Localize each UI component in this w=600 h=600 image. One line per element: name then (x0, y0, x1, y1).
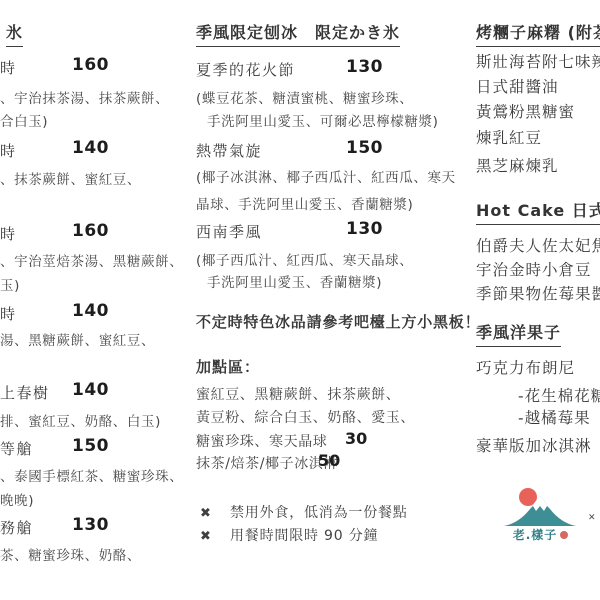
item-name: 熱帶氣旋 (196, 142, 262, 160)
x-mark: ✕ (588, 513, 596, 523)
item-name: 西南季風 (196, 223, 262, 241)
rule-row: ✖ 禁用外食，低消為一份餐點 (200, 502, 408, 522)
addon-line: 抹茶/焙茶/椰子冰淇淋 50 (196, 453, 396, 473)
yogashi-item: -花生棉花糖 (518, 384, 600, 406)
rule-text: 用餐時間限時 90 分鐘 (230, 528, 378, 544)
menu-item-row: 夏季的花火節 130 (196, 59, 396, 80)
item-price: 150 (346, 138, 383, 158)
item-price: 130 (346, 57, 383, 77)
hotcake-item: 伯爵夫人佐太妃焦糖 (476, 234, 600, 256)
item-desc: 湯、黑糖蕨餅、蜜紅豆、 (0, 329, 155, 349)
brand-name: 老.樣子 (512, 527, 558, 542)
item-desc: 、宇治莖焙茶湯、黑糖蕨餅、 (0, 250, 183, 270)
item-desc: 、泰國手標紅茶、糖蜜珍珠、 (0, 465, 183, 485)
menu-item-row: 熱帶氣旋 150 (196, 140, 396, 161)
hotcake-header: Hot Cake 日式鬆餅 (476, 198, 600, 225)
addon-text: 糖蜜珍珠、寒天晶球 (196, 434, 327, 450)
cross-icon: ✖ (200, 506, 211, 521)
menu-item-row: 時 160 (0, 57, 180, 78)
item-name-fragment: 上春樹 (0, 384, 50, 402)
menu-item-row: 時 160 (0, 223, 180, 244)
item-desc: 排、蜜紅豆、奶酪、白玉) (0, 410, 161, 430)
dango-item: 黃鶯粉黑糖蜜 (476, 100, 575, 122)
item-desc: (椰子冰淇淋、椰子西瓜汁、紅西瓜、寒天 (196, 166, 456, 186)
monsoon-ice-header: 季風限定刨冰 限定かき氷 (196, 20, 400, 47)
item-desc: 、宇治抹茶湯、抹茶蕨餅、 (0, 87, 169, 107)
item-desc: 、抹茶蕨餅、蜜紅豆、 (0, 168, 141, 188)
item-name-fragment: 時 (0, 225, 17, 243)
yogashi-item: -越橘莓果 (518, 406, 591, 428)
menu-page: { "left_column": { "header": "氷", "items… (0, 0, 600, 600)
item-price: 160 (72, 55, 109, 75)
item-desc: 手洗阿里山愛玉、香蘭糖漿) (207, 271, 382, 291)
blackboard-note: 不定時特色冰品請參考吧檯上方小黑板！ (196, 311, 480, 332)
item-price: 160 (72, 221, 109, 241)
dango-item: 斯壯海苔附七味辣粉 (476, 50, 600, 72)
item-price: 140 (72, 138, 109, 158)
addon-line: 蜜紅豆、黑糖蕨餅、抹茶蕨餅、 (196, 384, 400, 404)
item-name: 夏季的花火節 (196, 61, 295, 79)
item-name-fragment: 務艙 (0, 519, 33, 537)
addon-line: 黃豆粉、綜合白玉、奶酪、愛玉、 (196, 407, 415, 427)
item-name-fragment: 時 (0, 305, 17, 323)
item-desc: 晚晚) (0, 489, 34, 509)
menu-item-row: 時 140 (0, 140, 180, 161)
addon-price: 30 (345, 429, 367, 448)
cross-icon: ✖ (200, 529, 211, 544)
rule-text: 禁用外食，低消為一份餐點 (230, 505, 408, 521)
item-desc: 玉) (0, 274, 20, 294)
yogashi-item: 豪華版加冰淇淋 (476, 434, 592, 456)
fuji-logo-graphic: 老.樣子 (497, 482, 581, 560)
item-desc: 手洗阿里山愛玉、可爾必思檸檬糖漿) (207, 110, 438, 130)
item-name-fragment: 時 (0, 59, 17, 77)
menu-item-row: 西南季風 130 (196, 221, 396, 242)
addon-text: 抹茶/焙茶/椰子冰淇淋 (196, 456, 338, 472)
menu-item-row: 務艙 130 (0, 517, 180, 538)
addon-price: 50 (318, 451, 340, 470)
item-desc: 合白玉) (0, 110, 48, 130)
dango-item: 日式甜醬油 (476, 75, 559, 97)
item-price: 130 (346, 219, 383, 239)
item-price: 140 (72, 301, 109, 321)
menu-item-row: 時 140 (0, 303, 180, 324)
left-ice-header: 氷 (6, 20, 23, 47)
item-desc: (蝶豆花茶、糖漬蜜桃、糖蜜珍珠、 (196, 87, 413, 107)
yogashi-header: 季風洋果子 (476, 320, 561, 347)
addon-line: 糖蜜珍珠、寒天晶球 30 (196, 431, 396, 451)
addons-title: 加點區： (196, 356, 260, 377)
dango-item: 黑芝麻煉乳 (476, 154, 559, 176)
item-price: 140 (72, 380, 109, 400)
item-name-fragment: 等艙 (0, 440, 33, 458)
brand-logo: 老.樣子 (497, 482, 581, 560)
item-name-fragment: 時 (0, 142, 17, 160)
hotcake-item: 季節果物佐莓果醬 (476, 282, 600, 304)
item-desc: 茶、糖蜜珍珠、奶酪、 (0, 544, 141, 564)
dango-item: 煉乳紅豆 (476, 126, 542, 148)
seal-icon (560, 531, 568, 539)
dango-header: 烤糰子麻糬 (附茶) (476, 20, 600, 47)
item-desc: 晶球、手洗阿里山愛玉、香蘭糖漿) (196, 193, 413, 213)
item-price: 150 (72, 436, 109, 456)
menu-item-row: 上春樹 140 (0, 382, 180, 403)
menu-item-row: 等艙 150 (0, 438, 180, 459)
rule-row: ✖ 用餐時間限時 90 分鐘 (200, 525, 378, 545)
hotcake-item: 宇治金時小倉豆 (476, 258, 592, 280)
item-desc: (椰子西瓜汁、紅西瓜、寒天晶球、 (196, 249, 413, 269)
item-price: 130 (72, 515, 109, 535)
yogashi-item: 巧克力布朗尼 (476, 356, 575, 378)
